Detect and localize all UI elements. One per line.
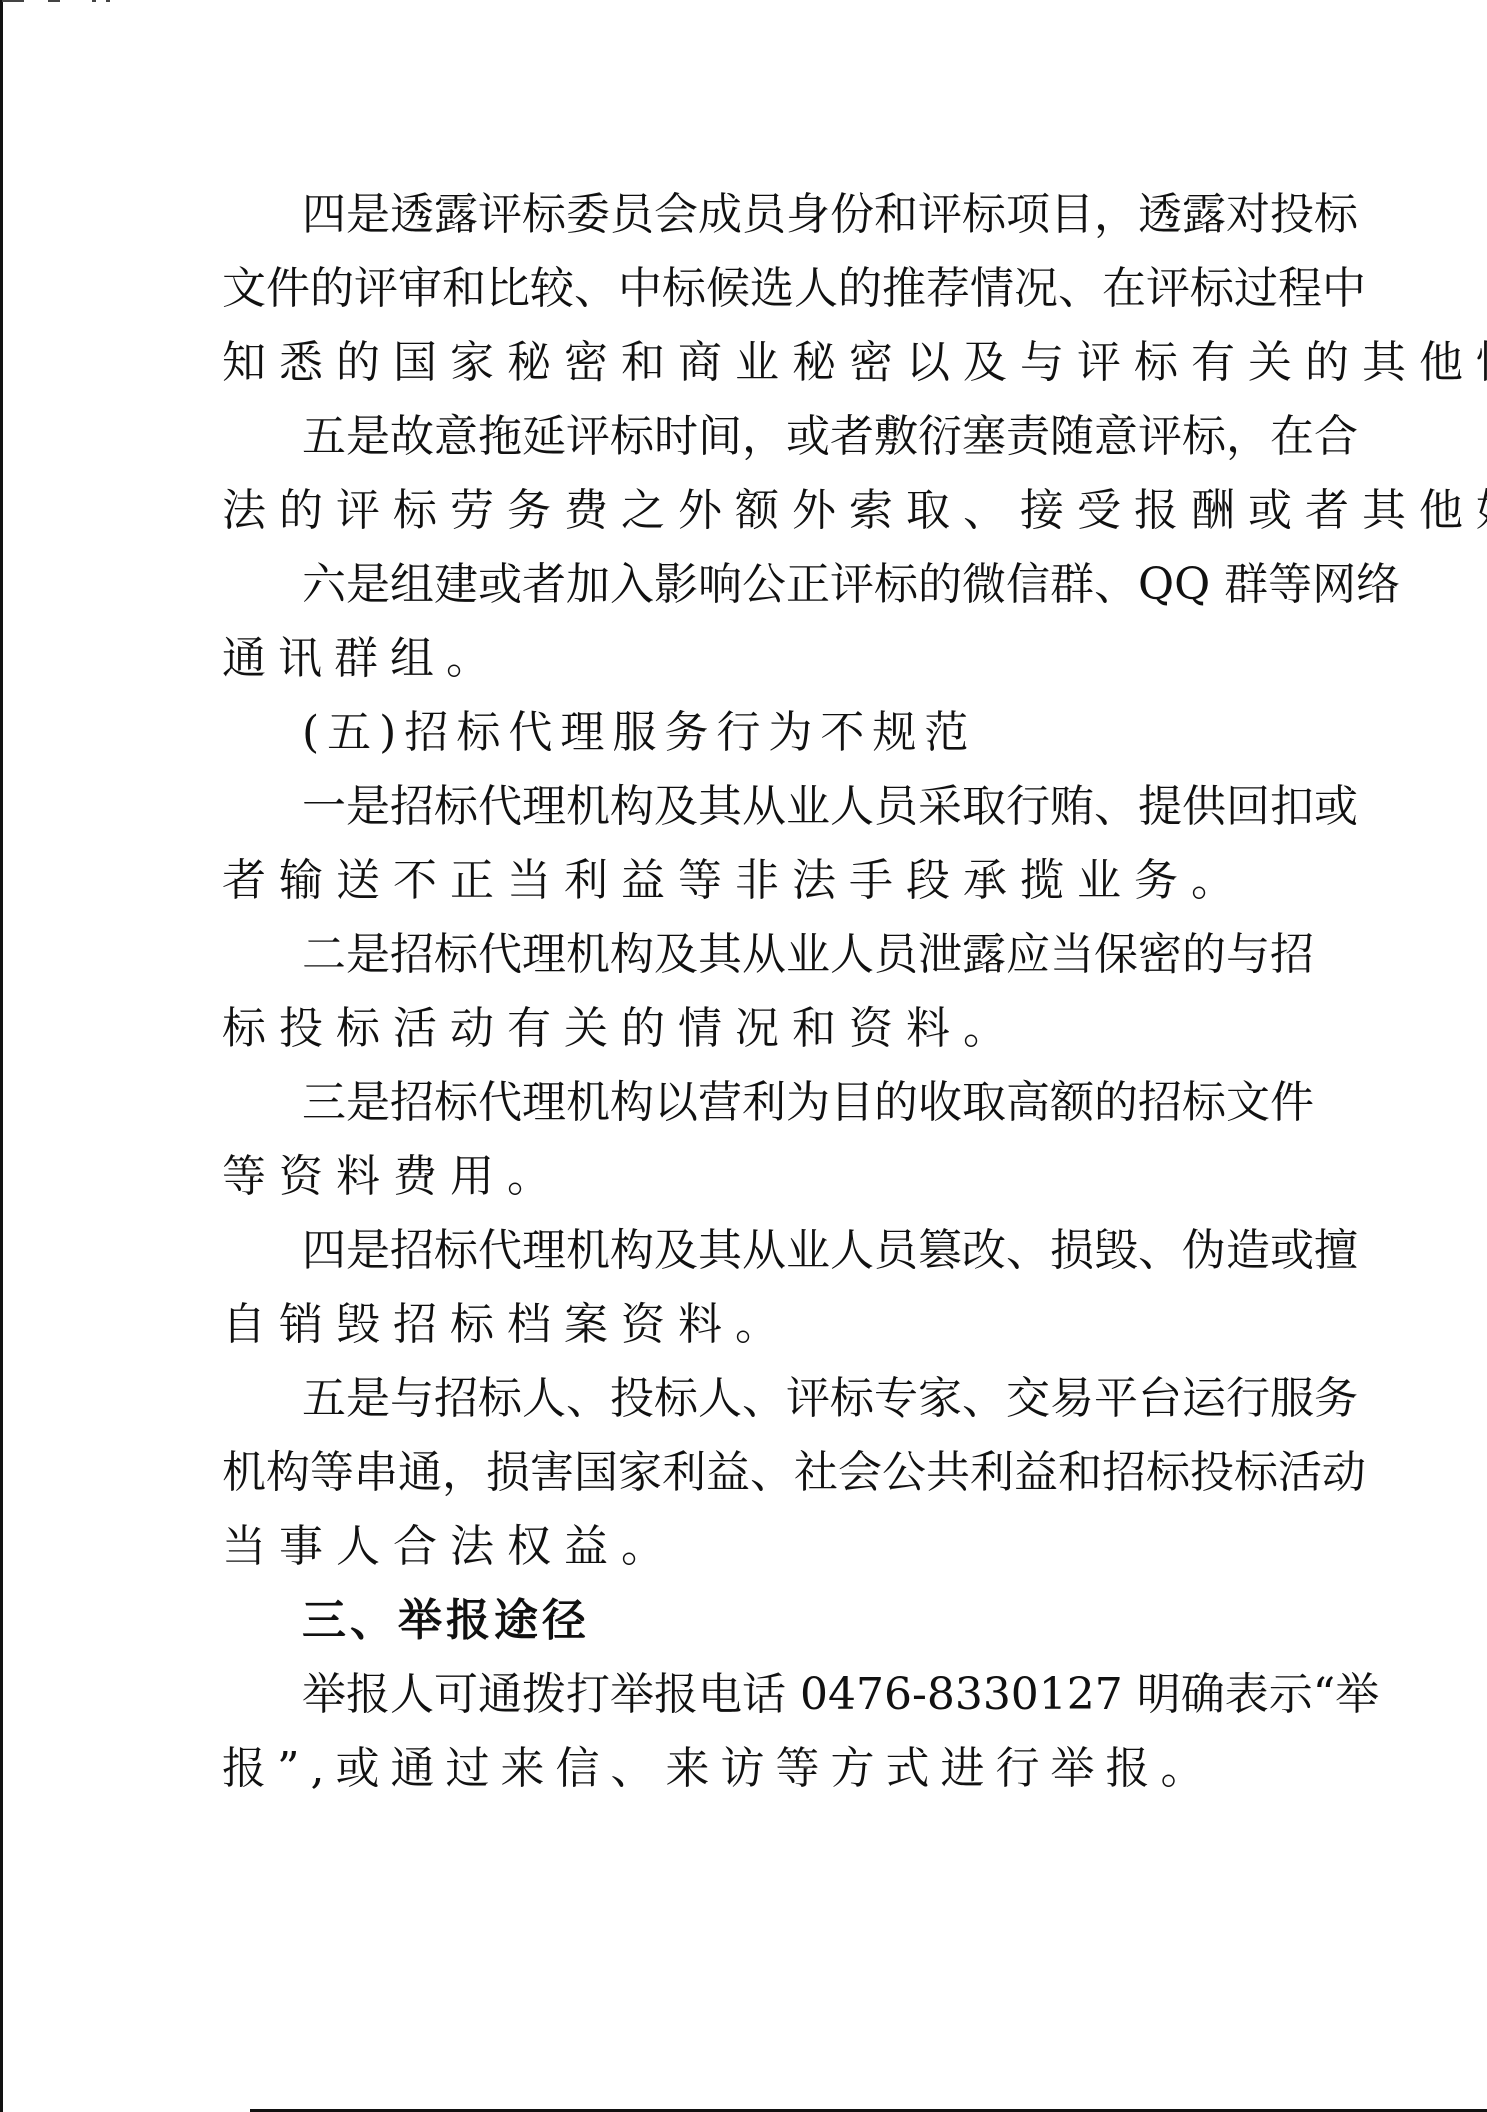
text-line: 报”,或通过来信、来访等方式进行举报。	[222, 1732, 1262, 1806]
text-line-phone: 举报人可通拨打举报电话 0476-8330127 明确表示“举	[222, 1658, 1262, 1732]
document-page: 四是透露评标委员会成员身份和评标项目，透露对投标 文件的评审和比较、中标候选人的…	[222, 178, 1262, 1806]
paragraph-agency-fees: 三是招标代理机构以营利为目的收取高额的招标文件 等资料费用。	[222, 1066, 1262, 1214]
paragraph-agency-bribery: 一是招标代理机构及其从业人员采取行贿、提供回扣或 者输送不正当利益等非法手段承揽…	[222, 770, 1262, 918]
text-line: 等资料费用。	[222, 1140, 1262, 1214]
text-line: 知悉的国家秘密和商业秘密以及与评标有关的其他情况。	[222, 326, 1262, 400]
scan-top-marks	[0, 0, 120, 3]
text-line: 文件的评审和比较、中标候选人的推荐情况、在评标过程中	[222, 252, 1262, 326]
scan-left-border	[0, 0, 3, 2112]
text-line: 六是组建或者加入影响公正评标的微信群、QQ 群等网络	[222, 548, 1262, 622]
paragraph-agency-archives: 四是招标代理机构及其从业人员篡改、损毁、伪造或擅 自销毁招标档案资料。	[222, 1214, 1262, 1362]
text-line: 当事人合法权益。	[222, 1510, 1262, 1584]
paragraph-agency-leak: 二是招标代理机构及其从业人员泄露应当保密的与招 标投标活动有关的情况和资料。	[222, 918, 1262, 1066]
text-line: 机构等串通，损害国家利益、社会公共利益和招标投标活动	[222, 1436, 1262, 1510]
text-line: 五是与招标人、投标人、评标专家、交易平台运行服务	[222, 1362, 1262, 1436]
subheading-agency-misconduct: (五)招标代理服务行为不规范	[222, 696, 1262, 770]
text-line: 法的评标劳务费之外额外索取、接受报酬或者其他好处。	[222, 474, 1262, 548]
text-line: 者输送不正当利益等非法手段承揽业务。	[222, 844, 1262, 918]
text-line: 五是故意拖延评标时间，或者敷衍塞责随意评标，在合	[222, 400, 1262, 474]
text-line: 自销毁招标档案资料。	[222, 1288, 1262, 1362]
section-heading-reporting: 三、举报途径	[222, 1584, 1262, 1658]
paragraph-delay-review: 五是故意拖延评标时间，或者敷衍塞责随意评标，在合 法的评标劳务费之外额外索取、接…	[222, 400, 1262, 548]
text-line: 一是招标代理机构及其从业人员采取行贿、提供回扣或	[222, 770, 1262, 844]
text-line: 四是透露评标委员会成员身份和评标项目，透露对投标	[222, 178, 1262, 252]
paragraph-leak-info: 四是透露评标委员会成员身份和评标项目，透露对投标 文件的评审和比较、中标候选人的…	[222, 178, 1262, 400]
text-line: 通讯群组。	[222, 622, 1262, 696]
text-line: 二是招标代理机构及其从业人员泄露应当保密的与招	[222, 918, 1262, 992]
section-subheading: (五)招标代理服务行为不规范	[222, 696, 1262, 770]
text-line: 标投标活动有关的情况和资料。	[222, 992, 1262, 1066]
text-line: 三是招标代理机构以营利为目的收取高额的招标文件	[222, 1066, 1262, 1140]
paragraph-agency-collusion: 五是与招标人、投标人、评标专家、交易平台运行服务 机构等串通，损害国家利益、社会…	[222, 1362, 1262, 1584]
section-heading: 三、举报途径	[222, 1584, 1262, 1658]
paragraph-reporting-channels: 举报人可通拨打举报电话 0476-8330127 明确表示“举 报”,或通过来信…	[222, 1658, 1262, 1806]
text-line: 四是招标代理机构及其从业人员篡改、损毁、伪造或擅	[222, 1214, 1262, 1288]
paragraph-chat-groups: 六是组建或者加入影响公正评标的微信群、QQ 群等网络 通讯群组。	[222, 548, 1262, 696]
